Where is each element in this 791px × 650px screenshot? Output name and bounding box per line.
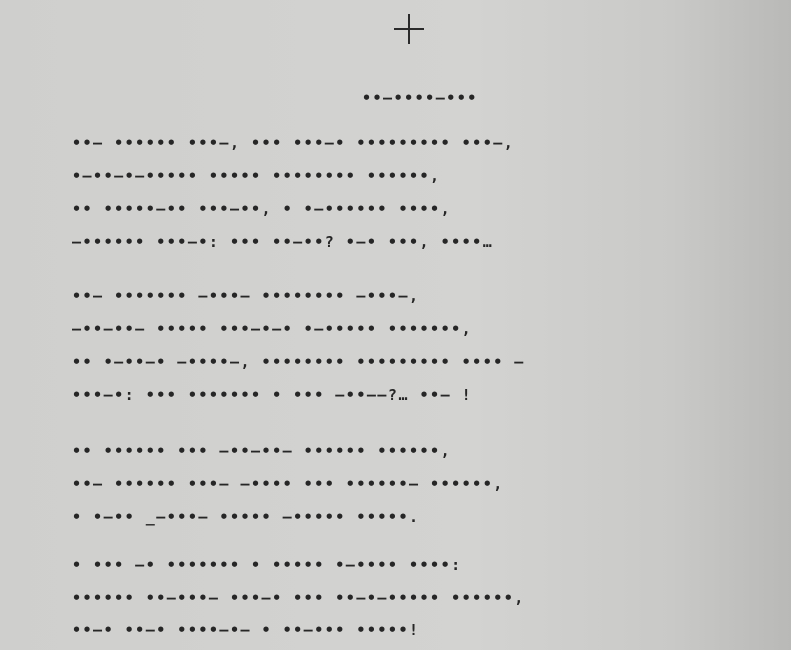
- poem-title: ••–••••–•••: [362, 88, 478, 108]
- poem-line: •••••• ••–•••– •••–• ••• ••–•–••••• ••••…: [72, 588, 525, 608]
- poem-line: • ••• –• ••••••• • ••••• •–•••• ••••:: [72, 555, 462, 575]
- poem-line: –••–••– ••••• •••–•–• •–••••• •••••••,: [72, 319, 472, 339]
- poem-line: ••– ••••••• –•••– •••••••• –•••–,: [72, 286, 420, 306]
- poem-line: ••–• ••–• ••••–•– • ••–••• •••••!: [72, 620, 420, 640]
- poem-line: • •–•• _–•••– ••••• –••••• •••••.: [72, 507, 420, 527]
- poem-line: •• •••••• ••• –••–••– •••••• ••••••,: [72, 441, 451, 461]
- poem-line: •• •–••–• –••••–, •••••••• ••••••••• •••…: [72, 352, 525, 372]
- poem-line: •••–•: ••• ••••••• • ••• –••––?… ••– !: [72, 385, 472, 405]
- book-page: ••–••••–••• ••– •••••• •••–, ••• •••–• •…: [0, 0, 791, 650]
- poem-line: •–••–•–••••• ••••• •••••••• ••••••,: [72, 166, 441, 186]
- poem-line: ••– •••••• •••– –•••• ••• ••••••– ••••••…: [72, 474, 504, 494]
- poem-line: ••– •••••• •••–, ••• •••–• ••••••••• •••…: [72, 133, 514, 153]
- poem-line: –•••••• •••–•: ••• ••–••? •–• •••, ••••…: [72, 232, 493, 252]
- poem-line: •• •••••–•• •••–••, • •–•••••• ••••,: [72, 199, 451, 219]
- cross-symbol: [394, 14, 424, 44]
